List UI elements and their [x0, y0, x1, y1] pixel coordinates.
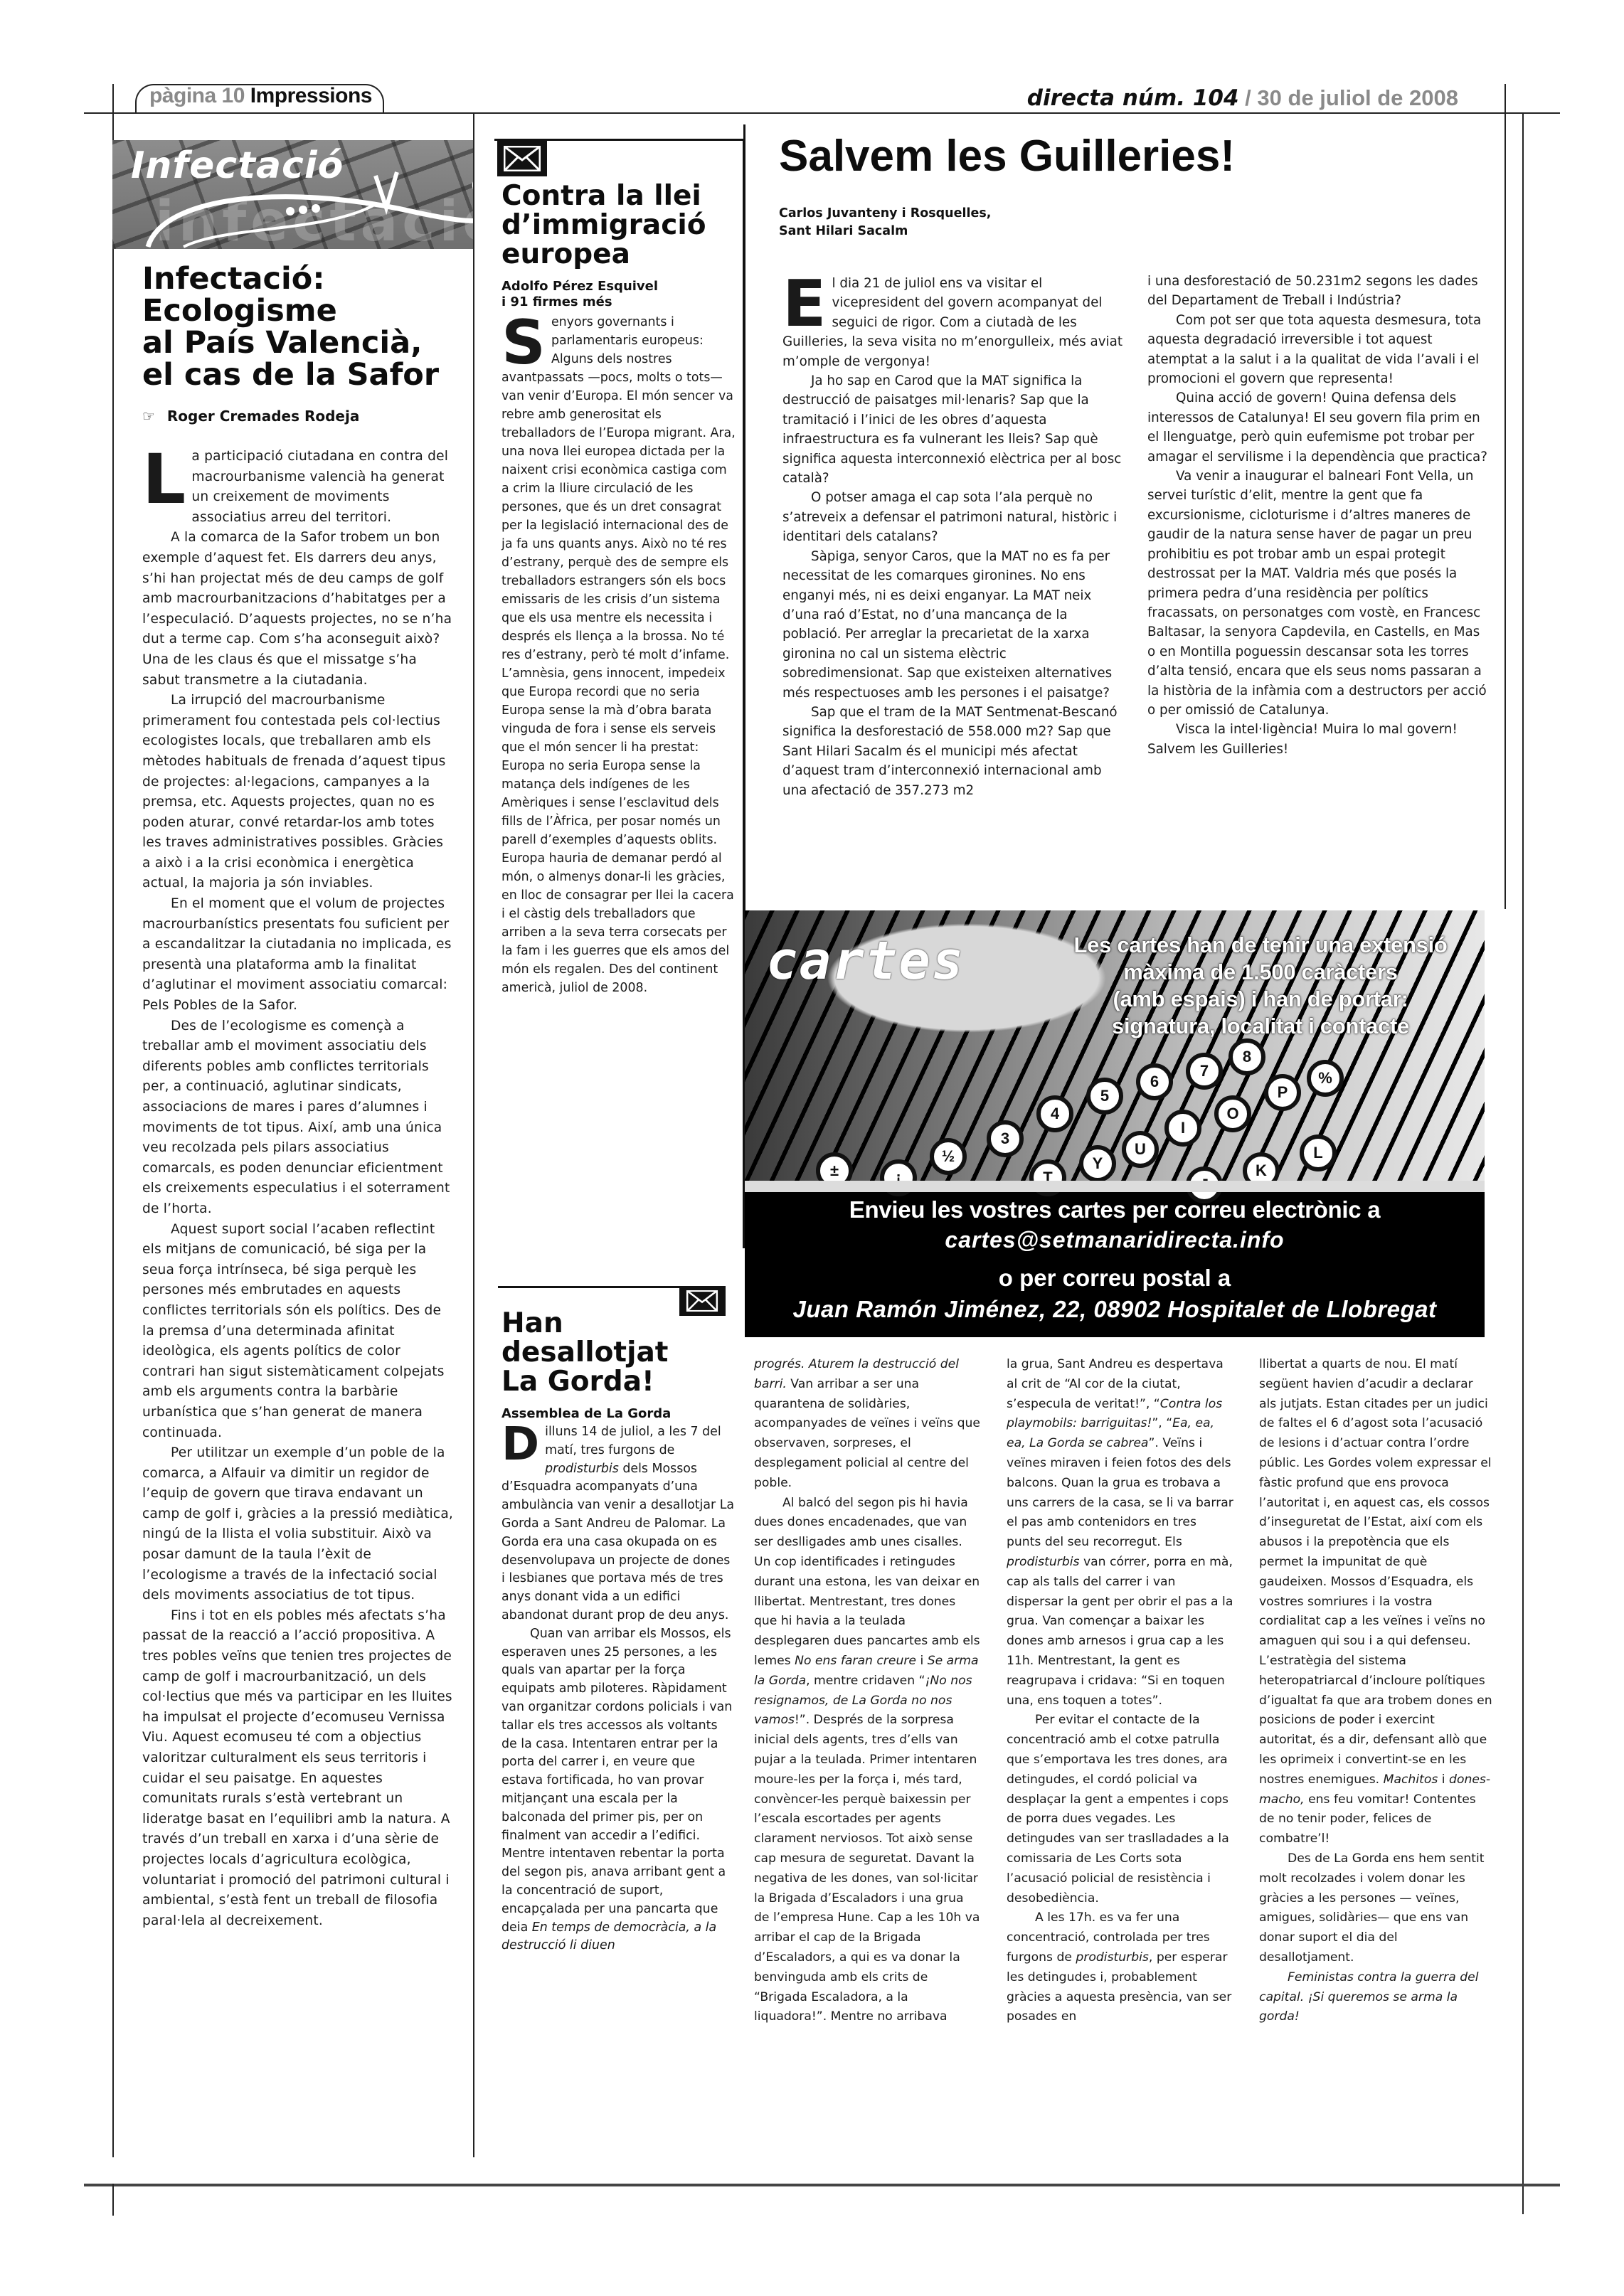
dropcap: E: [782, 278, 826, 331]
typewriter-keys: ±¡½345678TYUIOP%JKL: [745, 1053, 1485, 1181]
guilleries-byline: Carlos Juvanteny i Rosquelles, Sant Hila…: [779, 205, 1490, 240]
letter-immigracio-byline: Adolfo Pérez Esquivel i 91 firmes més: [501, 279, 736, 310]
envelope-icon: [497, 141, 547, 176]
typewriter-key-icon: 8: [1228, 1038, 1265, 1075]
crop-mark-right-top: [1504, 84, 1506, 909]
letter-la-gorda-body-col1: Dilluns 14 de juliol, a les 7 del matí, …: [501, 1423, 736, 1955]
date-separator: /: [1245, 85, 1251, 110]
cartes-ad: ±¡½345678TYUIOP%JKL cartes Les cartes ha…: [745, 910, 1485, 1337]
infectacio-article: Infectació: Ecologisme al País Valencià,…: [142, 263, 455, 1931]
page-section-label: pàgina 10 Impressions: [149, 84, 372, 108]
author-name: Roger Cremades Rodeja: [167, 408, 359, 425]
typewriter-key-icon: U: [1122, 1131, 1159, 1168]
column-rule-1: [473, 112, 474, 2157]
cartes-contact: Envieu les vostres cartes per correu ele…: [745, 1195, 1485, 1324]
guilleries-headline: Salvem les Guilleries!: [779, 128, 1490, 185]
letter2-top-rule: [498, 1286, 704, 1288]
guilleries-body-col2: i una desforestació de 50.231m2 segons l…: [1147, 272, 1489, 759]
dropcap: D: [501, 1426, 539, 1463]
banner-title: Infectació: [131, 144, 344, 187]
email-intro: Envieu les vostres cartes per correu ele…: [745, 1195, 1485, 1225]
footer-rule: [84, 2184, 1560, 2186]
typewriter-key-icon: 6: [1136, 1063, 1173, 1100]
typewriter-key-icon: O: [1214, 1095, 1251, 1132]
letter-la-gorda-byline: Assemblea de La Gorda: [501, 1405, 736, 1423]
typewriter-key-icon: P: [1264, 1074, 1301, 1111]
typewriter-key-icon: I: [1164, 1110, 1201, 1147]
letter-la-gorda-body-col4: llibertat a quarts de nou. El matí següe…: [1259, 1355, 1494, 2027]
letter-la-gorda: Han desallotjat La Gorda! Assemblea de L…: [501, 1309, 736, 1955]
issue-date: 30 de juliol de 2008: [1257, 85, 1458, 110]
infectacio-headline: Infectació: Ecologisme al País Valencià,…: [142, 263, 455, 391]
pointing-hand-icon: ☞: [142, 408, 155, 425]
guilleries-left-rule: [743, 124, 745, 914]
typewriter-key-icon: Y: [1079, 1145, 1116, 1182]
typewriter-key-icon: 7: [1186, 1053, 1223, 1090]
infectacio-body: La participació ciutadana en contra del …: [142, 447, 455, 1931]
section-name: Impressions: [250, 84, 372, 107]
guilleries-article: Salvem les Guilleries! Carlos Juvanteny …: [779, 128, 1490, 240]
infectacio-byline: ☞ Roger Cremades Rodeja: [142, 407, 455, 425]
typewriter-key-icon: L: [1300, 1134, 1337, 1171]
column-rule-right: [1522, 112, 1524, 2214]
typewriter-key-icon: 5: [1086, 1078, 1123, 1115]
letter-immigracio: Contra la llei d’immigració europea Adol…: [501, 181, 736, 997]
dropcap: L: [142, 451, 186, 508]
letter-immigracio-body: Senyors governants i parlamentaris europ…: [501, 313, 736, 997]
typewriter-key-icon: 3: [987, 1120, 1024, 1157]
cartes-submission-rules: Les cartes han de tenir una extensió màx…: [1040, 932, 1481, 1040]
typewriter-key-icon: 4: [1036, 1095, 1073, 1132]
letter-immigracio-headline: Contra la llei d’immigració europea: [501, 181, 736, 269]
letter-la-gorda-body-col3: la grua, Sant Andreu es despertava al cr…: [1007, 1355, 1234, 2027]
column-rule-left: [112, 112, 114, 2157]
crop-mark-left-bottom: [112, 2184, 114, 2216]
typewriter-key-icon: %: [1307, 1060, 1344, 1097]
letter-la-gorda-body-col2: progrés. Aturem la destrucció del barri.…: [754, 1355, 982, 2027]
guilleries-body-col1: El dia 21 de juliol ens va visitar el vi…: [782, 274, 1124, 800]
typewriter-key-icon: ½: [930, 1138, 967, 1175]
page-number: pàgina 10: [149, 84, 245, 107]
postal-intro: o per correu postal a: [745, 1262, 1485, 1295]
dropcap: S: [501, 317, 546, 368]
infectacio-banner-image: infectació Infectació: [112, 140, 473, 249]
divider-strip: [745, 1181, 1485, 1192]
postal-address: Juan Ramón Jiménez, 22, 08902 Hospitalet…: [745, 1295, 1485, 1324]
masthead: directa núm. 104 / 30 de juliol de 2008: [1027, 85, 1458, 111]
cartes-logo: cartes: [766, 930, 965, 992]
publication-issue: directa núm. 104: [1027, 85, 1239, 111]
letter-la-gorda-headline: Han desallotjat La Gorda!: [501, 1309, 736, 1396]
email-address-link[interactable]: cartes@setmanaridirecta.info: [745, 1225, 1485, 1255]
